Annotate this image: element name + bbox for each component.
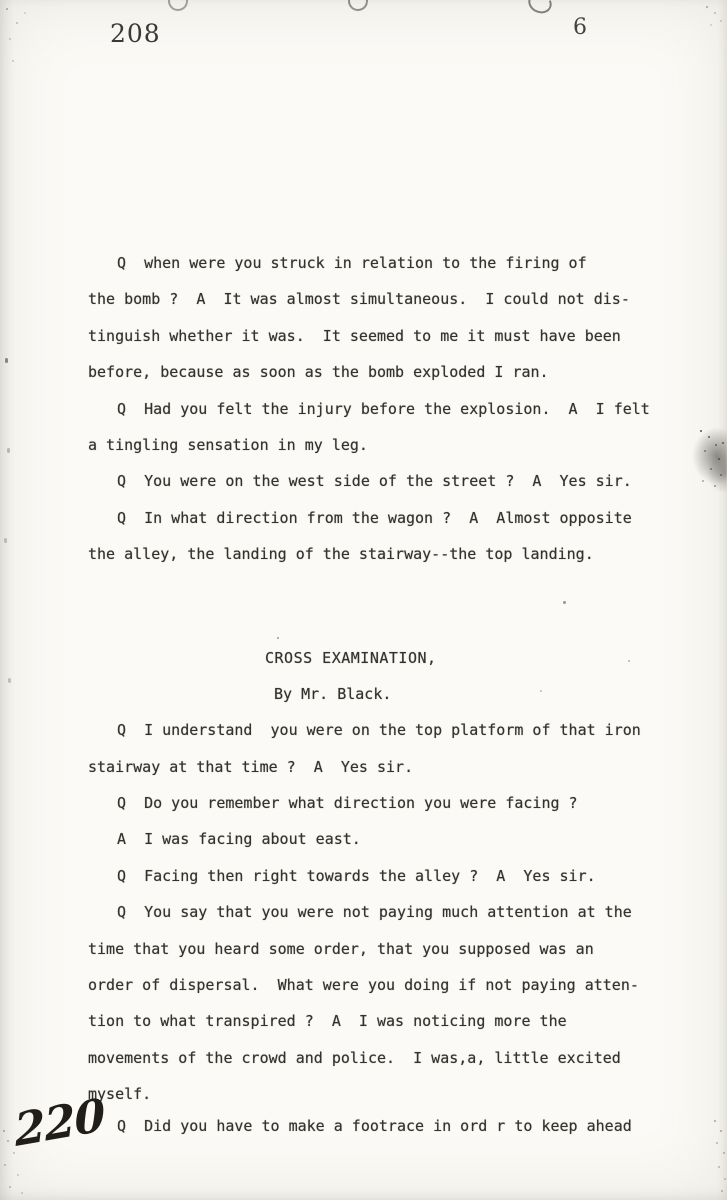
- scan-speckle: [714, 1120, 716, 1122]
- transcript-line: Q I understand you were on the top platf…: [0, 712, 727, 748]
- transcript-line: Q You say that you were not paying much …: [0, 894, 727, 930]
- page-number-right: 6: [573, 15, 587, 40]
- binder-mark-icon: [167, 0, 190, 12]
- transcript-line: Q Had you felt the injury before the exp…: [0, 391, 727, 427]
- scan-speckle: [540, 690, 542, 692]
- transcript-line: A I was facing about east.: [0, 821, 727, 857]
- scan-speckle: [706, 6, 708, 8]
- binder-mark-icon: [525, 0, 555, 17]
- transcript-line: order of dispersal. What were you doing …: [0, 967, 727, 1003]
- transcript-line: time that you heard some order, that you…: [0, 931, 727, 967]
- transcript-page: 208 6 Q when were you struck in relation…: [0, 0, 727, 1200]
- scan-speckle: [3, 1130, 5, 1132]
- transcript-line: tinguish whether it was. It seemed to me…: [0, 318, 727, 354]
- transcript-line: before, because as soon as the bomb expl…: [0, 354, 727, 390]
- transcript-line: the bomb ? A It was almost simultaneous.…: [0, 281, 727, 317]
- scan-speckle: [5, 358, 8, 363]
- transcript-line: stairway at that time ? A Yes sir.: [0, 749, 727, 785]
- binder-mark-icon: [347, 0, 370, 12]
- page-number-left: 208: [110, 19, 161, 48]
- transcript-line: Q when were you struck in relation to th…: [0, 245, 727, 281]
- scan-speckle: [277, 637, 279, 639]
- section-byline: By Mr. Black.: [0, 676, 727, 712]
- scan-speckle: [563, 601, 566, 604]
- transcript-line: Q Facing then right towards the alley ? …: [0, 858, 727, 894]
- transcript-body: Q when were you struck in relation to th…: [0, 245, 727, 1144]
- transcript-line: tion to what transpired ? A I was notici…: [0, 1003, 727, 1039]
- transcript-line: Q Did you have to make a footrace in ord…: [0, 1108, 727, 1144]
- transcript-line: a tingling sensation in my leg.: [0, 427, 727, 463]
- scan-speckle: [628, 660, 630, 662]
- transcript-line: Q You were on the west side of the stree…: [0, 463, 727, 499]
- section-heading: CROSS EXAMINATION,: [0, 640, 727, 676]
- transcript-line: Q In what direction from the wagon ? A A…: [0, 500, 727, 536]
- transcript-line: movements of the crowd and police. I was…: [0, 1040, 727, 1076]
- ink-smudge-speckles: [700, 430, 702, 432]
- transcript-line: the alley, the landing of the stairway--…: [0, 536, 727, 572]
- scan-speckle: [6, 8, 8, 10]
- transcript-line: Q Do you remember what direction you wer…: [0, 785, 727, 821]
